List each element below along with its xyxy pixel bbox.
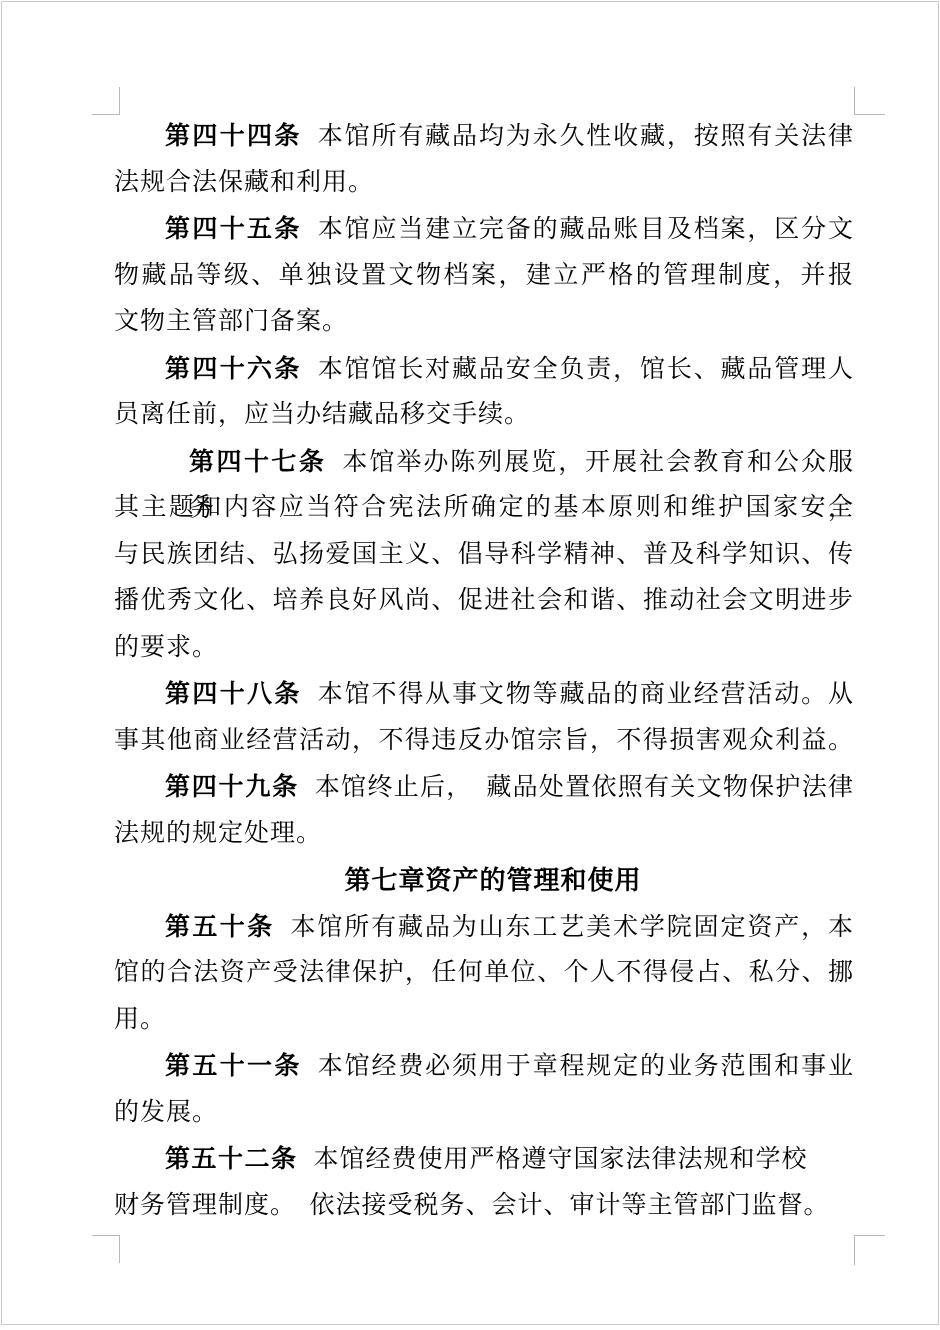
text-line: 第四十八条本馆不得从事文物等藏品的商业经营活动。从 [114,671,854,718]
text-line: 文物主管部门备案。 [114,299,854,346]
line-text: 文物主管部门备案。 [114,308,348,335]
crop-mark-top-left [92,87,120,115]
text-line: 第五十条本馆所有藏品为山东工艺美术学院固定资产，本 [114,904,854,951]
line-text: 本馆经费使用严格遵守国家法律法规和学校 [314,1146,808,1173]
text-line: 第五十二条本馆经费使用严格遵守国家法律法规和学校 [114,1136,854,1183]
text-line: 播优秀文化、培养良好风尚、促进社会和谐、推动社会文明进步 [114,578,854,625]
article-number: 第四十五条 [165,215,302,243]
article-number: 第四十七条 [189,448,326,476]
line-text: 的发展。 [114,1099,218,1126]
line-text: 物藏品等级、单独设置文物档案，建立严格的管理制度，并报 [114,262,854,289]
text-line: 法规的规定处理。 [114,811,854,858]
crop-mark-bottom-left [92,1235,120,1263]
line-text: 的要求。 [114,634,218,661]
line-text: 事其他商业经营活动，不得违反办馆宗旨，不得损害观众利益。 [114,727,854,754]
text-line: 财务管理制度。 依法接受税务、会计、审计等主管部门监督。 [114,1183,854,1230]
text-line: 其主题和内容应当符合宪法所确定的基本原则和维护国家安全 [114,485,854,532]
article-number: 第五十二条 [165,1145,298,1173]
article-number: 第五十一条 [165,1052,302,1080]
article-number: 第四十九条 [165,773,299,801]
text-line: 第四十五条本馆应当建立完备的藏品账目及档案，区分文 [114,206,854,253]
article-number: 第四十六条 [165,355,302,383]
text-line: 第四十六条本馆馆长对藏品安全负责，馆长、藏品管理人 [114,346,854,393]
article-number: 第五十条 [165,913,275,941]
chapter-heading: 第七章资产的管理和使用 [114,857,854,904]
line-text: 其主题和内容应当符合宪法所确定的基本原则和维护国家安全 [114,494,854,521]
line-text: 本馆经费必须用于章程规定的业务范围和事业 [318,1053,854,1080]
text-line: 事其他商业经营活动，不得违反办馆宗旨，不得损害观众利益。 [114,718,854,765]
line-text: 法规合法保藏和利用。 [114,169,374,196]
text-line: 与民族团结、弘扬爱国主义、倡导科学精神、普及科学知识、传 [114,532,854,579]
article-number: 第四十八条 [165,680,302,708]
text-line: 第四十九条本馆终止后， 藏品处置依照有关文物保护法律 [114,764,854,811]
text-line: 馆的合法资产受法律保护，任何单位、个人不得侵占、私分、挪 [114,950,854,997]
document-body: 第四十四条本馆所有藏品均为永久性收藏，按照有关法律 法规合法保藏和利用。 第四十… [114,113,854,1229]
line-text: 法规的规定处理。 [114,820,322,847]
line-text: 本馆应当建立完备的藏品账目及档案，区分文 [318,216,854,243]
text-line: 的发展。 [114,1090,854,1137]
document-page: 第四十四条本馆所有藏品均为永久性收藏，按照有关法律 法规合法保藏和利用。 第四十… [1,1,939,1325]
line-text: 本馆馆长对藏品安全负责，馆长、藏品管理人 [318,356,854,383]
text-line: 第四十七条本馆举办陈列展览，开展社会教育和公众服务， [114,439,854,486]
line-text: 本馆所有藏品均为永久性收藏，按照有关法律 [318,123,854,150]
line-text: 馆的合法资产受法律保护，任何单位、个人不得侵占、私分、挪 [114,959,854,986]
line-text: 员离任前，应当办结藏品移交手续。 [114,401,530,428]
text-line: 第五十一条本馆经费必须用于章程规定的业务范围和事业 [114,1043,854,1090]
line-text: 与民族团结、弘扬爱国主义、倡导科学精神、普及科学知识、传 [114,541,854,568]
line-text: 本馆所有藏品为山东工艺美术学院固定资产，本 [291,914,854,941]
text-line: 的要求。 [114,625,854,672]
crop-mark-bottom-right [854,1235,885,1265]
chapter-heading-text: 第七章资产的管理和使用 [344,865,641,895]
line-text: 本馆不得从事文物等藏品的商业经营活动。从 [318,681,854,708]
text-line: 第四十四条本馆所有藏品均为永久性收藏，按照有关法律 [114,113,854,160]
crop-mark-top-right [854,87,885,115]
text-line: 物藏品等级、单独设置文物档案，建立严格的管理制度，并报 [114,253,854,300]
line-text: 播优秀文化、培养良好风尚、促进社会和谐、推动社会文明进步 [114,587,854,614]
line-text: 财务管理制度。 依法接受税务、会计、审计等主管部门监督。 [114,1192,830,1219]
line-text: 用。 [114,1006,166,1033]
text-line: 员离任前，应当办结藏品移交手续。 [114,392,854,439]
line-text: 本馆终止后， 藏品处置依照有关文物保护法律 [315,774,854,801]
text-line: 法规合法保藏和利用。 [114,160,854,207]
article-number: 第四十四条 [165,122,302,150]
text-line: 用。 [114,997,854,1044]
